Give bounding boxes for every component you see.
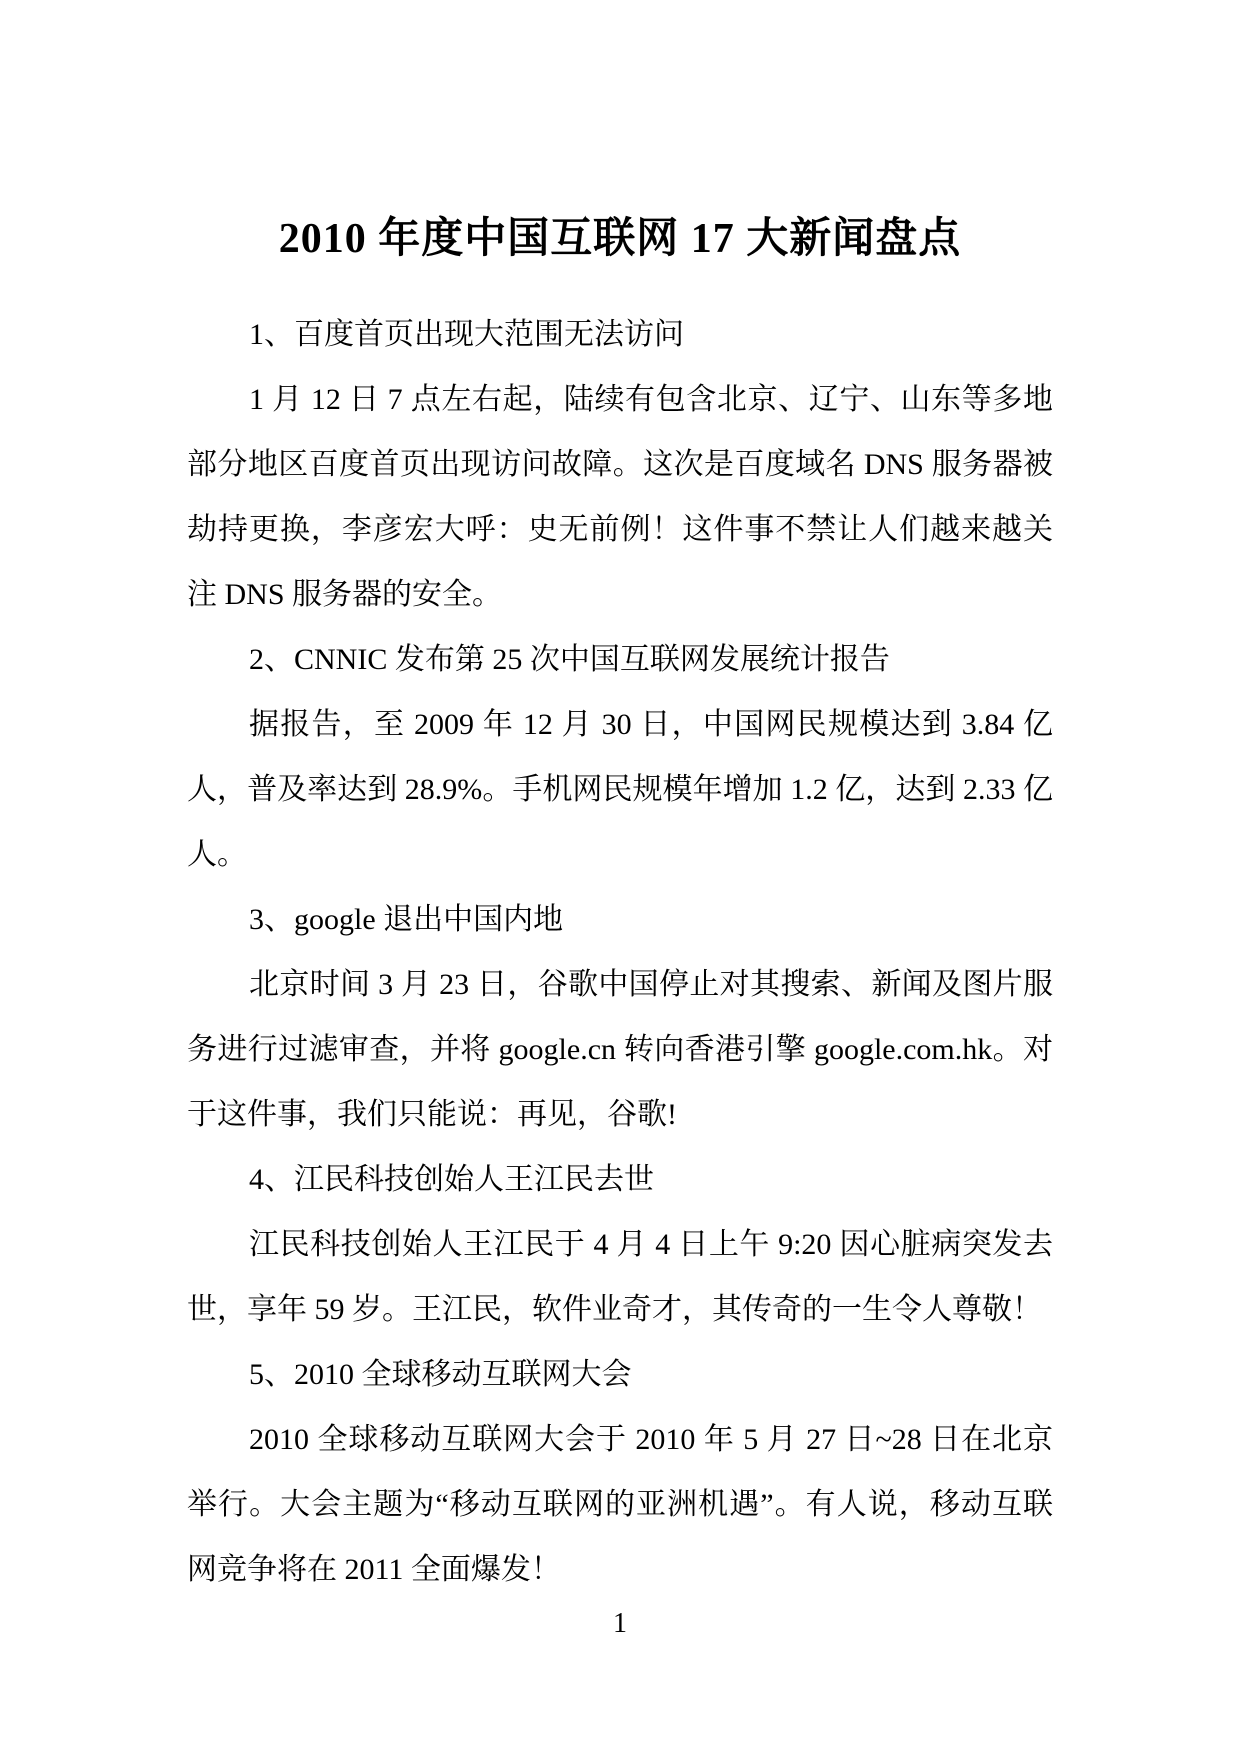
section-body: 1 月 12 日 7 点左右起，陆续有包含北京、辽宁、山东等多地部分地区百度首页… bbox=[187, 367, 1053, 627]
section-heading: 1、百度首页出现大范围无法访问 bbox=[187, 302, 1053, 367]
section-body: 2010 全球移动互联网大会于 2010 年 5 月 27 日~28 日在北京举… bbox=[187, 1407, 1053, 1602]
document-page: 2010 年度中国互联网 17 大新闻盘点 1、百度首页出现大范围无法访问 1 … bbox=[0, 0, 1240, 1753]
section-heading: 4、江民科技创始人王江民去世 bbox=[187, 1147, 1053, 1212]
document-content: 2010 年度中国互联网 17 大新闻盘点 1、百度首页出现大范围无法访问 1 … bbox=[187, 210, 1053, 1602]
section-heading: 2、CNNIC 发布第 25 次中国互联网发展统计报告 bbox=[187, 627, 1053, 692]
page-footer: 1 bbox=[0, 1598, 1240, 1650]
page-title: 2010 年度中国互联网 17 大新闻盘点 bbox=[187, 210, 1053, 268]
news-section-3: 3、google 退出中国内地 北京时间 3 月 23 日，谷歌中国停止对其搜索… bbox=[187, 887, 1053, 1147]
section-heading: 3、google 退出中国内地 bbox=[187, 887, 1053, 952]
section-body: 北京时间 3 月 23 日，谷歌中国停止对其搜索、新闻及图片服务进行过滤审查，并… bbox=[187, 952, 1053, 1147]
section-heading: 5、2010 全球移动互联网大会 bbox=[187, 1342, 1053, 1407]
news-section-2: 2、CNNIC 发布第 25 次中国互联网发展统计报告 据报告，至 2009 年… bbox=[187, 627, 1053, 887]
section-body: 据报告，至 2009 年 12 月 30 日，中国网民规模达到 3.84 亿人，… bbox=[187, 692, 1053, 887]
news-section-1: 1、百度首页出现大范围无法访问 1 月 12 日 7 点左右起，陆续有包含北京、… bbox=[187, 302, 1053, 627]
section-body: 江民科技创始人王江民于 4 月 4 日上午 9:20 因心脏病突发去世，享年 5… bbox=[187, 1212, 1053, 1342]
page-number: 1 bbox=[613, 1608, 627, 1639]
news-section-4: 4、江民科技创始人王江民去世 江民科技创始人王江民于 4 月 4 日上午 9:2… bbox=[187, 1147, 1053, 1342]
news-section-5: 5、2010 全球移动互联网大会 2010 全球移动互联网大会于 2010 年 … bbox=[187, 1342, 1053, 1602]
